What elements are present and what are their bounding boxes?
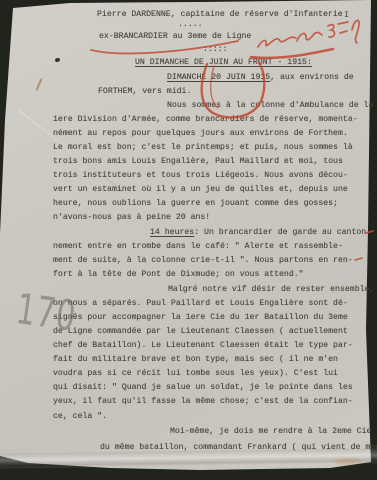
typed-line: fort à la tête de Pont de Dixmude; on vo… — [53, 270, 304, 280]
typed-line: n'avons-nous pas à peine 20 ans! — [53, 213, 210, 223]
typed-text: trois instituteurs et tous trois Liégeoi… — [53, 171, 348, 180]
typed-line: DIMANCHE 20 JUIN 1915, aux environs de — [167, 73, 354, 83]
typed-line: vert un estaminet où il y a un jeu de qu… — [53, 185, 348, 195]
underlined-text: DIMANCHE 20 JUIN 1915 — [167, 73, 270, 82]
typed-text: ..... — [178, 20, 203, 29]
typed-text: ::::: — [203, 45, 228, 54]
typed-line: ment de suite, à la colonne crie-t-il ".… — [53, 256, 353, 266]
typed-text: Le moral est bon; c'est le printemps; et… — [53, 143, 353, 152]
typed-line: Malgré notre vif désir de rester ensembl… — [168, 285, 374, 295]
typed-text: qui disait: " Quand je salue un soldat, … — [53, 383, 353, 392]
typed-line: 1ere Division d'Armée, comme brancardier… — [53, 115, 358, 125]
typed-text: Pierre DARDENNE, capitaine de réserve d'… — [97, 10, 343, 19]
typed-text: vert un estaminet où il y a un jeu de qu… — [53, 185, 348, 194]
typed-text: fait du militaire brave et bon type, mai… — [53, 355, 338, 364]
typed-text: yeux, il faut qu'il fasse la même chose;… — [53, 397, 353, 406]
typed-text: on nous a séparés. Paul Paillard et Loui… — [53, 299, 348, 308]
typed-line: Pierre DARDENNE, capitaine de réserve d'… — [97, 10, 343, 20]
typed-text: Malgré notre vif désir de rester ensembl… — [168, 285, 374, 294]
typed-line: ..... — [178, 20, 203, 30]
paper-sheet — [0, 0, 377, 480]
typed-text: trois bons amis Louis Engalière, Paul Ma… — [53, 157, 343, 166]
typed-text: heure, nous oublions la guerre en jouant… — [53, 199, 338, 208]
underlined-text: UN DIMANCHE DE JUIN AU FRONT - 1915: — [135, 58, 312, 67]
pencil-margin-number: 170 — [13, 284, 79, 341]
typed-text: Nous sommes à la colonne d'Ambulance de … — [167, 101, 373, 110]
paper-stain — [335, 458, 361, 465]
typed-text: chef de Bataillon). Le Lieutenant Claess… — [53, 341, 353, 350]
typed-text: ment de suite, à la colonne crie-t-il ".… — [53, 256, 353, 265]
typed-text: ce, cela ". — [53, 412, 107, 421]
typed-line: qui disait: " Quand je salue un soldat, … — [53, 383, 353, 393]
typed-line: ex-BRANCARDIER au 3eme de Ligne — [99, 32, 251, 42]
underlined-text: 14 heures — [150, 228, 194, 237]
typed-line: on nous a séparés. Paul Paillard et Loui… — [53, 299, 348, 309]
typed-text: voudra pas si ce récit lui tombe sous le… — [53, 369, 338, 378]
typed-text: du même bataillon, commandant Frankard (… — [100, 443, 377, 452]
typed-line: de Ligne commandée par le Lieutenant Cla… — [53, 327, 348, 337]
typed-text: : Un brancardier de garde au canton- — [194, 228, 371, 237]
typed-line: Le moral est bon; c'est le printemps; et… — [53, 143, 353, 153]
typed-line: du même bataillon, commandant Frankard (… — [100, 443, 377, 453]
scanned-document-page: Pierre DARDENNE, capitaine de réserve d'… — [0, 0, 377, 480]
typed-line: yeux, il faut qu'il fasse la même chose;… — [53, 397, 353, 407]
typed-line: signés pour accompagner la 1ere Cie du 1… — [53, 313, 348, 323]
typed-line: trois bons amis Louis Engalière, Paul Ma… — [53, 157, 343, 167]
page-number: I — [344, 10, 349, 20]
typed-line: 14 heures: Un brancardier de garde au ca… — [150, 228, 371, 238]
typed-text: n'avons-nous pas à peine 20 ans! — [53, 213, 210, 222]
typed-line: UN DIMANCHE DE JUIN AU FRONT - 1915: — [135, 58, 312, 68]
typed-line: Moi-même, je dois me rendre à la 2eme Ci… — [170, 427, 371, 437]
typed-text: signés pour accompagner la 1ere Cie du 1… — [53, 313, 348, 322]
typed-text: nement entre en trombe dans le café: " A… — [53, 242, 343, 251]
typed-text: de Ligne commandée par le Lieutenant Cla… — [53, 327, 348, 336]
typed-line: voudra pas si ce récit lui tombe sous le… — [53, 369, 338, 379]
typed-line: nément au repos pour quelques jours aux … — [53, 129, 348, 139]
typed-text: fort à la tête de Pont de Dixmude; on vo… — [53, 270, 304, 279]
typed-text: , aux environs de — [270, 73, 354, 82]
typed-line: Nous sommes à la colonne d'Ambulance de … — [167, 101, 373, 111]
typed-line: heure, nous oublions la guerre en jouant… — [53, 199, 338, 209]
typed-text: nément au repos pour quelques jours aux … — [53, 129, 348, 138]
typed-line: chef de Bataillon). Le Lieutenant Claess… — [53, 341, 353, 351]
typed-line: fait du militaire brave et bon type, mai… — [53, 355, 338, 365]
typed-line: nement entre en trombe dans le café: " A… — [53, 242, 343, 252]
typed-text: Moi-même, je dois me rendre à la 2eme Ci… — [170, 427, 371, 436]
typed-line: FORTHEM, vers midi. — [98, 87, 191, 97]
typed-text: ex-BRANCARDIER au 3eme de Ligne — [99, 32, 251, 41]
typed-line: trois instituteurs et tous trois Liégeoi… — [53, 171, 348, 181]
typed-line: ::::: — [203, 45, 228, 55]
typed-line: ce, cela ". — [53, 412, 107, 422]
typed-text: FORTHEM, vers midi. — [98, 87, 191, 96]
typed-text: 1ere Division d'Armée, comme brancardier… — [53, 115, 358, 124]
